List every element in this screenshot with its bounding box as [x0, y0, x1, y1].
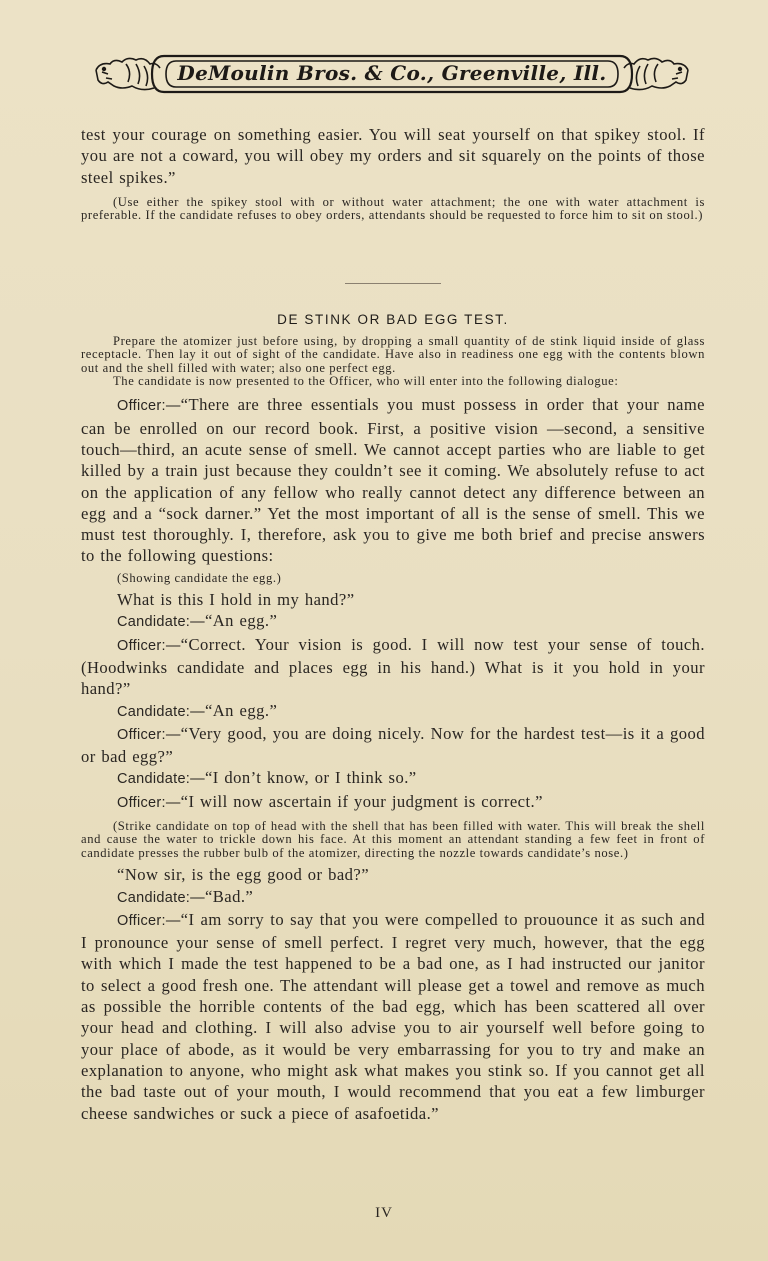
dialogue-text: “I don’t know, or I think so.” [205, 768, 417, 787]
speaker-label: Officer:— [117, 795, 181, 811]
instructions-paragraph: The candidate is now presented to the Of… [81, 375, 705, 388]
section-divider [345, 283, 441, 284]
dialogue-text: “An egg.” [205, 701, 277, 720]
dialogue-line: Candidate:—“An egg.” [81, 700, 705, 723]
dialogue-text: “I am sorry to say that you were compell… [81, 910, 705, 1123]
speaker-label: Officer:— [117, 398, 181, 414]
stage-note-text: (Strike candidate on top of head with th… [81, 819, 705, 860]
dialogue-line: Candidate:—“An egg.” [81, 610, 705, 633]
stage-note: (Use either the spikey stool with or wit… [81, 196, 705, 223]
dialogue-text: “I will now ascertain if your judgment i… [181, 792, 543, 811]
page-number: IV [0, 1205, 768, 1222]
speaker-label: Officer:— [117, 727, 181, 743]
opening-paragraph: test your courage on something easier. Y… [81, 124, 705, 188]
dialogue-line: Candidate:—“Bad.” [81, 886, 705, 909]
instructions-text: The candidate is now presented to the Of… [113, 374, 618, 388]
dialogue-line: Candidate:—“I don’t know, or I think so.… [81, 767, 705, 790]
page-body: test your courage on something easier. Y… [81, 124, 705, 1124]
speaker-label: Candidate:— [117, 771, 205, 787]
instructions-paragraph: Prepare the atomizer just before using, … [81, 335, 705, 375]
dialogue-text: “Bad.” [205, 887, 253, 906]
dialogue-line: Officer:—“I am sorry to say that you wer… [81, 909, 705, 1124]
speaker-label: Candidate:— [117, 704, 205, 720]
speaker-label: Candidate:— [117, 890, 205, 906]
publisher-name: DeMoulin Bros. & Co., Greenville, Ill. [176, 58, 608, 88]
header-banner: DeMoulin Bros. & Co., Greenville, Ill. [92, 52, 692, 96]
dialogue-line: Officer:—“There are three essentials you… [81, 394, 705, 566]
instructions-text: Prepare the atomizer just before using, … [81, 334, 705, 375]
stage-note: (Strike candidate on top of head with th… [81, 820, 705, 860]
dialogue-line: What is this I hold in my hand?” [81, 589, 705, 610]
dialogue-line: Officer:—“I will now ascertain if your j… [81, 791, 705, 814]
dialogue-text: “An egg.” [205, 611, 277, 630]
stage-note-text: (Use either the spikey stool with or wit… [81, 195, 705, 222]
lion-head-ornament-right [624, 58, 688, 89]
dialogue-line: Officer:—“Very good, you are doing nicel… [81, 723, 705, 768]
stage-direction: (Showing candidate the egg.) [81, 572, 705, 585]
dialogue-line: “Now sir, is the egg good or bad?” [81, 864, 705, 885]
dialogue: Officer:—“There are three essentials you… [81, 394, 705, 1124]
speaker-label: Candidate:— [117, 614, 205, 630]
section-heading: DE STINK OR BAD EGG TEST. [81, 312, 705, 327]
dialogue-line: Officer:—“Correct. Your vision is good. … [81, 634, 705, 700]
speaker-label: Officer:— [117, 638, 181, 654]
dialogue-text: “There are three essentials you must pos… [81, 395, 705, 565]
speaker-label: Officer:— [117, 913, 181, 929]
lion-head-ornament-left [96, 58, 160, 89]
